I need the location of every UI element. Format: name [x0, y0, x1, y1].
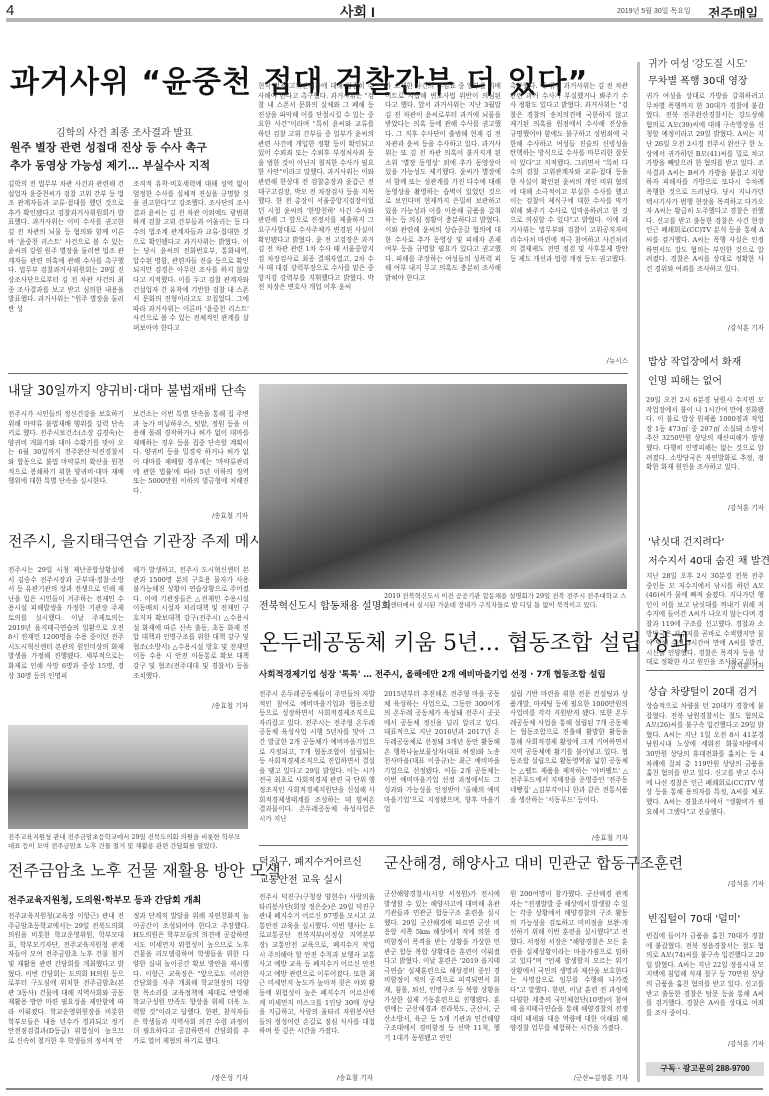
sidebar-3-body: 지난 28일 오후 2시 30분경 전북 전주 중인동 모 저수지에서 낚시를 … — [646, 572, 764, 672]
sidebar-1-headline: 무차별 폭행 30대 영장 — [648, 72, 748, 87]
lead-byline: /뉴시스 — [560, 355, 628, 365]
sidebar-2-byline: /강석훈 기자 — [700, 502, 764, 512]
lead-col-5: 촉구했다. 이 밖에 과거사위는 김 전 차관 관련 과거 수사가 부실했거나 … — [510, 82, 628, 350]
school-col-1: 전주교육지원청(교육장 이항근) 관내 전주금암초등학교에서는 29일 전북도의… — [8, 912, 124, 1084]
header-rule — [6, 18, 763, 22]
issue-date: 2019년 5월 30일 목요일 — [617, 6, 691, 16]
lead-col-3: 현직 검찰 고위관계자에 대해 엄중히 수사해야 한다고 촉구했다. 과거사위는… — [258, 82, 374, 362]
cannabis-headline: 내달 30일까지 양귀비·대마 불법재배 단속 — [8, 380, 246, 399]
lead-col-2: 조직적 유착·비호세력에 대해 성역 없이 엄정한 수사를 실체적 진실을 규명… — [133, 180, 249, 360]
sidebar-5-headline: 빈집털이 70대 '덜미' — [648, 910, 740, 925]
sidebar-1-kicker: 귀가 여성 '강도질 시도' — [648, 55, 747, 70]
community-headline: 온두레공동체 키움 5년… 협동조합 설립 성과 — [259, 626, 691, 657]
job-fair-caption-title: 전북혁신도시 합동채용 설명회 — [259, 597, 391, 612]
sidebar-3-headline: 저수지서 40대 숨진 채 발견 — [648, 552, 769, 567]
sidebar-4-byline: /강석훈 기자 — [700, 878, 764, 888]
community-col-3: 설립 기반 마련을 위한 전문 컨설팅과 상품개발, 마케팅 등에 필요한 10… — [510, 690, 628, 824]
cannabis-byline: /송효철 기자 — [180, 510, 248, 520]
school-byline: /장은성 기자 — [180, 1072, 248, 1082]
coast-guard-byline: /군산=김정훈 기자 — [540, 1072, 628, 1082]
drill-col-2: 해가 발생하고, 전주시 도시혁신센터 본관과 1500명 분의 구호용 물자가… — [133, 566, 249, 700]
school-col-2: 정과 단계적 발달을 위해 자연친화적 놀이공간이 조성되어야 한다고 주장했다… — [133, 912, 249, 1070]
sidebar-3-byline: /강석훈 기자 — [700, 660, 764, 670]
sidebar-5-body: 빈집에 들어가 금품을 훔친 70대가 경찰에 붙잡혔다. 전북 정읍경찰서는 … — [646, 932, 764, 1040]
cannabis-col-2: 보건소는 이번 특별 단속을 통해 집 주변과 농가 비닐하우스, 텃밭, 정원… — [133, 410, 249, 510]
sidebar-divider-rule — [646, 670, 764, 671]
sidebar-2-body: 29일 오전 2시 6분경 남원시 수지면 모 작업장에서 불이 나 1시간여 … — [646, 396, 764, 496]
drill-byline: /송효철 기자 — [180, 700, 248, 710]
school-photo-caption: 전주교육지원청 관내 전주금암초등학교에서 29일 전북도의회 의원을 비롯한 … — [8, 833, 248, 851]
sidebar-4-headline: 상습 차량털이 20대 검거 — [648, 683, 757, 698]
sidebar-2-headline: 인명 피해는 없어 — [648, 372, 722, 387]
school-meeting-photo — [8, 725, 248, 829]
sidebar-1-body: 귀가 여성을 상대로 가방을 갈취하려고 무차별 폭행까지 한 30대가 경찰에… — [646, 92, 764, 320]
community-col-2: 2015년부터 추진해온 전주형 마을 공동체 육성하는 사업으로, 그동안 3… — [384, 690, 500, 830]
deokjin-headline-1: 덕진구, 폐지수거어르신 — [259, 853, 362, 868]
lead-col-4: 가 소개한 사건의 수임료 중 일부를 리베이트로 지급해 변호사법 위반이 의… — [385, 82, 501, 362]
lead-col-1: 김학의 전 법무부 차관 사건과 관련해 건설업자 윤중천씨가 검찰 고위 간부… — [8, 180, 124, 360]
community-col-1: 전주시 온두레공동체들이 주민들의 자발적인 참여로 예비마을기업과 협동조합 … — [259, 690, 375, 830]
coast-guard-headline: 군산해경, 해양사고 대비 민관군 합동구조훈련 — [384, 852, 683, 873]
community-byline: /송효철 기자 — [560, 832, 628, 842]
sidebar-4-body: 상습적으로 차량을 턴 20대가 경찰에 붙잡혔다. 전북 남원경찰서는 절도 … — [646, 702, 764, 834]
sidebar-5-byline: /강석훈 기자 — [700, 1038, 764, 1048]
subscription-ad: 구독 · 광고문의 288-9700 — [646, 1062, 764, 1076]
bottom-rule — [6, 1088, 763, 1090]
coast-guard-col-2: 원 200여명이 참가했다. 군산해경 관계자는 "전쟁발발 중 해상에서 발생… — [510, 890, 628, 1062]
lead-subhead-2: 추가 동영상 가능성 제기… 부실수사 지적 — [10, 157, 210, 173]
page-number: 4 — [6, 2, 14, 19]
sidebar-2-kicker: 밥상 작업장에서 화재 — [648, 353, 741, 368]
coast-guard-col-1: 군산해양경찰서(서장 서정원)가 전시에 발생할 수 있는 해양사고에 대비해 … — [384, 890, 500, 1070]
section-divider — [8, 373, 628, 374]
job-fair-photo — [259, 384, 627, 589]
deokjin-byline: /송효철 기자 — [305, 1072, 373, 1082]
school-subhead: 전주교육지원청, 도의원·학부모 등과 간담회 개최 — [8, 893, 201, 906]
school-headline: 전주금암초 노후 건물 재활용 방안 모색 — [8, 858, 281, 881]
lead-kicker: 김학의 사건 최종 조사결과 발표 — [56, 124, 193, 139]
deokjin-headline-2: 교통안전 교육 실시 — [259, 871, 343, 886]
lead-subhead-1: 원주 별장 관련 성접대 진상 등 수사 촉구 — [10, 139, 207, 155]
section-divider-2 — [259, 845, 628, 846]
community-subhead: 사회적경제기업 성장 '톡톡' … 전주시, 올해에만 2개 예비마을기업 선정… — [259, 668, 606, 680]
job-fair-caption: 2019 전북혁신도시 이전 공공기관 합동채용 설명회가 29일 전북 전주시… — [384, 592, 628, 610]
deokjin-body: 전주시 덕진구(구청장 양현수) 사랑의울타리봉사단(회장 정은순)은 29일 … — [259, 893, 375, 1065]
drill-col-1: 전주시는 29일 시청 재난종합상황실에서 김승수 전주시장과 군부대·경찰·소… — [8, 566, 124, 706]
sidebar-divider — [637, 62, 640, 1082]
cannabis-col-1: 전주시가 시민들의 정신건강을 보호하기 위해 마약류 불법재배 행위를 강력 … — [8, 410, 124, 518]
sidebar-3-kicker: '낚싯대 건지려다' — [648, 533, 724, 548]
sidebar-1-byline: /강석훈 기자 — [700, 322, 764, 332]
